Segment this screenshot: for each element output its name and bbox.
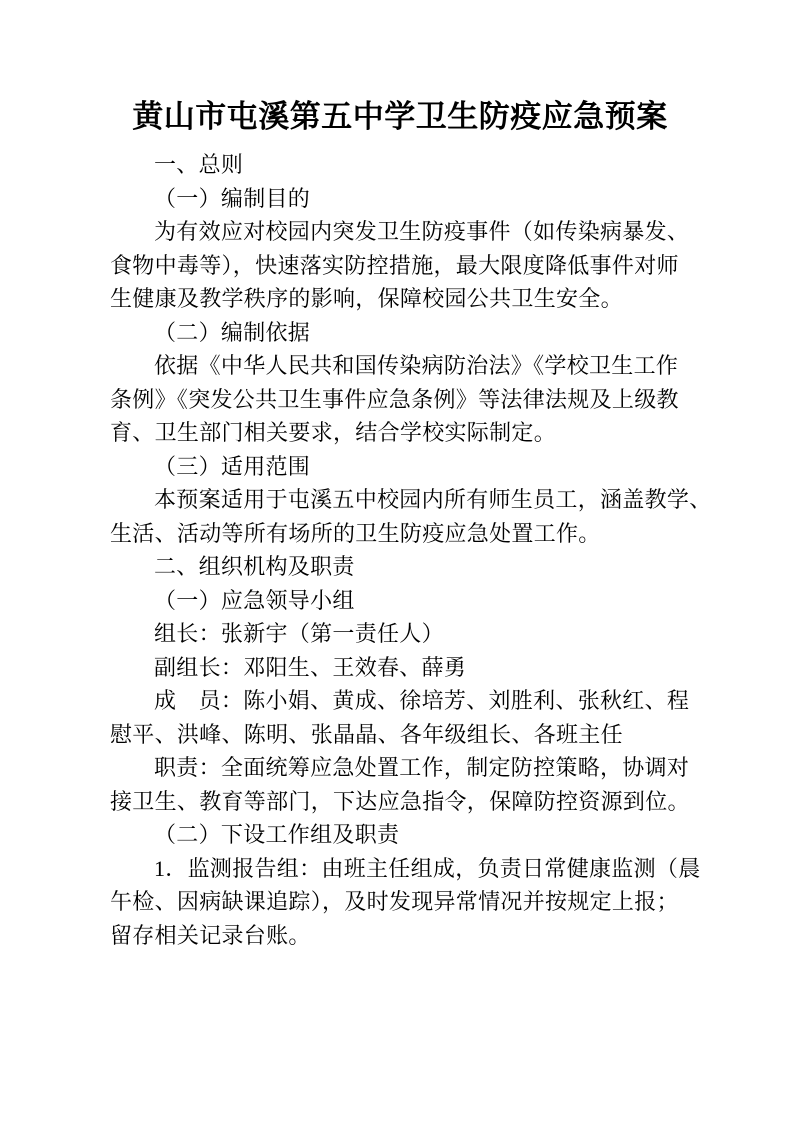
document-line: 条例》《突发公共卫生事件应急条例》等法律法规及上级教 [110, 383, 690, 417]
document-line: 生健康及教学秩序的影响，保障校园公共卫生安全。 [110, 282, 690, 316]
document-line: 留存相关记录台账。 [110, 919, 690, 953]
document-line: 职责：全面统筹应急处置工作，制定防控策略，协调对 [110, 751, 690, 785]
document-line: 二、组织机构及职责 [110, 550, 690, 584]
document-line: 育、卫生部门相关要求，结合学校实际制定。 [110, 416, 690, 450]
document-line: 依据《中华人民共和国传染病防治法》《学校卫生工作 [110, 349, 690, 383]
document-line: 生活、活动等所有场所的卫生防疫应急处置工作。 [110, 517, 690, 551]
document-line: 为有效应对校园内突发卫生防疫事件（如传染病暴发、 [110, 215, 690, 249]
document-line: 食物中毒等），快速落实防控措施，最大限度降低事件对师 [110, 249, 690, 283]
document-line: 午检、因病缺课追踪），及时发现异常情况并按规定上报； [110, 885, 690, 919]
document-page: 黄山市屯溪第五中学卫生防疫应急预案 一、总则（一）编制目的为有效应对校园内突发卫… [0, 0, 800, 1132]
document-line: （二）编制依据 [110, 316, 690, 350]
document-line: 慰平、洪峰、陈明、张晶晶、各年级组长、各班主任 [110, 718, 690, 752]
document-line: （一）应急领导小组 [110, 584, 690, 618]
document-line: 本预案适用于屯溪五中校园内所有师生员工，涵盖教学、 [110, 483, 690, 517]
document-line: （二）下设工作组及职责 [110, 818, 690, 852]
document-line: 接卫生、教育等部门，下达应急指令，保障防控资源到位。 [110, 785, 690, 819]
document-body: 一、总则（一）编制目的为有效应对校园内突发卫生防疫事件（如传染病暴发、食物中毒等… [110, 148, 690, 952]
document-line: 1．监测报告组：由班主任组成，负责日常健康监测（晨 [110, 852, 690, 886]
document-line: 副组长：邓阳生、王效春、薛勇 [110, 651, 690, 685]
document-line: 成 员：陈小娟、黄成、徐培芳、刘胜利、张秋红、程 [110, 684, 690, 718]
document-line: （一）编制目的 [110, 182, 690, 216]
document-line: 组长：张新宇（第一责任人） [110, 617, 690, 651]
document-title: 黄山市屯溪第五中学卫生防疫应急预案 [110, 96, 690, 138]
document-line: （三）适用范围 [110, 450, 690, 484]
document-line: 一、总则 [110, 148, 690, 182]
